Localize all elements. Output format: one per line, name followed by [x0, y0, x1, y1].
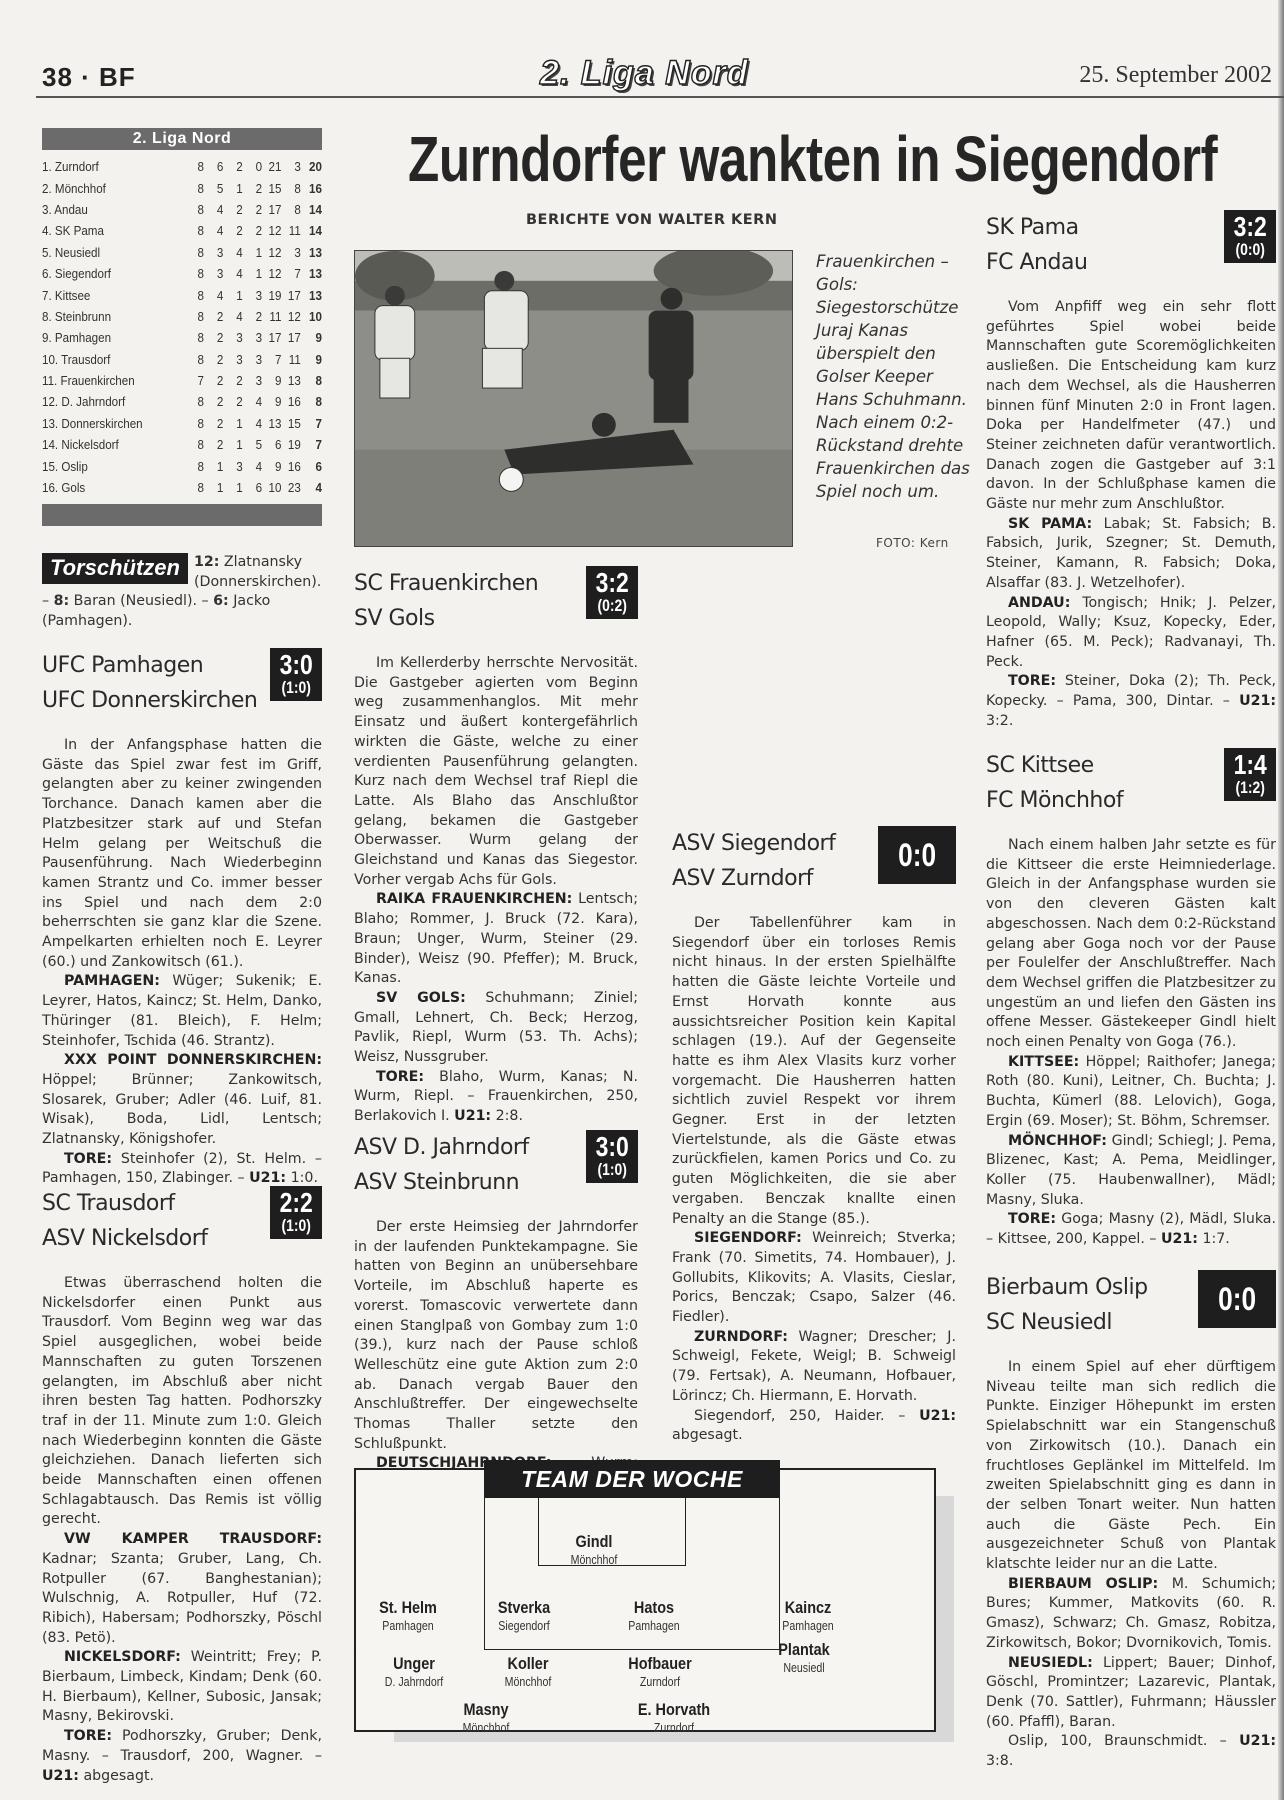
stat-tp: 13 — [262, 413, 281, 434]
u21-label: U21: — [249, 1170, 286, 1186]
away-lineup-players: Höppel; Brünner; Zankowitsch, Slosarek, … — [42, 1072, 322, 1147]
stat-n: 6 — [243, 477, 262, 498]
stat-sp: 8 — [185, 391, 204, 412]
goals-line: Oslip, 100, Braunschmidt. – U21: 3:8. — [986, 1732, 1276, 1771]
stat-tm: 15 — [281, 413, 300, 434]
team-of-week-player: KollerMönchhof — [468, 1654, 588, 1690]
stat-pts: 7 — [301, 434, 322, 455]
home-lineup-label: RAIKA FRAUENKIRCHEN: — [376, 891, 572, 907]
goals-line: Siegendorf, 250, Haider. – U21: abgesagt… — [672, 1407, 956, 1446]
stat-tp: 21 — [262, 156, 281, 177]
standings-row: 11. Frauenkirchen72239138 — [42, 370, 322, 391]
stat-tm: 16 — [281, 391, 300, 412]
standings-footer-bar — [42, 504, 322, 526]
team-name: 6. Siegendorf — [42, 263, 185, 284]
standings-row: 4. SK Pama8422121114 — [42, 220, 322, 241]
home-lineup-label: SK PAMA: — [1008, 516, 1092, 532]
stat-sp: 8 — [185, 177, 204, 198]
halftime-score: (1:0) — [279, 1217, 312, 1235]
standings-row: 3. Andau842217814 — [42, 199, 322, 220]
standings-row: 12. D. Jahrndorf82249168 — [42, 391, 322, 412]
stat-n: 3 — [243, 349, 262, 370]
stat-s: 2 — [204, 370, 223, 391]
away-lineup: XXX POINT DONNERSKIRCHEN: Höppel; Brünne… — [42, 1051, 322, 1150]
score-box: 3:0 (1:0) — [270, 648, 322, 701]
stat-tp: 9 — [262, 370, 281, 391]
match-summary: Vom Anpfiff weg ein sehr flott geführtes… — [986, 298, 1276, 515]
player-name: Koller — [477, 1654, 579, 1674]
stat-tp: 17 — [262, 327, 281, 348]
home-lineup: SIEGENDORF: Weinreich; Stverka; Frank (7… — [672, 1229, 956, 1328]
standings-row: 8. Steinbrunn8242111210 — [42, 306, 322, 327]
final-score: 3:0 — [279, 651, 312, 679]
newspaper-page: 38 · BF 2. Liga Nord 25. September 2002 … — [0, 0, 1284, 1800]
stat-sp: 8 — [185, 156, 204, 177]
standings-row: 16. Gols811610234 — [42, 477, 322, 498]
match-summary: Im Kellerderby herrschte Nervosität. Die… — [354, 654, 638, 890]
player-club: Siegendorf — [473, 1618, 575, 1634]
match-report: Bierbaum Oslip SC Neusiedl 0:0 In einem … — [986, 1270, 1276, 1772]
stat-sp: 8 — [185, 242, 204, 263]
team-name: 15. Oslip — [42, 455, 185, 476]
team-of-week-player: E. HorvathZurndorf — [614, 1700, 734, 1736]
stat-sp: 8 — [185, 284, 204, 305]
stat-tm: 16 — [281, 455, 300, 476]
stat-u: 2 — [223, 199, 242, 220]
stat-tp: 15 — [262, 177, 281, 198]
stat-s: 1 — [204, 455, 223, 476]
photo-credit: FOTO: Kern — [876, 536, 949, 550]
match-header: SC Kittsee FC Mönchhof 1:4 (1:2) — [986, 748, 1276, 822]
stat-tp: 9 — [262, 455, 281, 476]
stat-s: 4 — [204, 220, 223, 241]
stat-tm: 3 — [281, 242, 300, 263]
score-box: 3:0 (1:0) — [586, 1130, 638, 1183]
final-score: 3:0 — [595, 1133, 628, 1161]
stat-pts: 16 — [301, 177, 322, 198]
player-club: D. Jahrndorf — [363, 1674, 465, 1690]
scorer-goals: 8: — [54, 593, 70, 609]
team-name: 4. SK Pama — [42, 220, 185, 241]
stat-tp: 19 — [262, 284, 281, 305]
home-lineup: VW KAMPER TRAUSDORF: Kadnar; Szanta; Gru… — [42, 1530, 322, 1648]
team-name: 14. Nickelsdorf — [42, 434, 185, 455]
player-club: Mönchhof — [543, 1552, 645, 1568]
stat-u: 3 — [223, 455, 242, 476]
away-lineup: ZURNDORF: Wagner; Drescher; J. Schweigl,… — [672, 1328, 956, 1407]
photo-caption: Frauenkirchen – Gols: Siegestorschütze J… — [816, 250, 976, 503]
stat-s: 2 — [204, 391, 223, 412]
stat-s: 4 — [204, 199, 223, 220]
stat-n: 3 — [243, 370, 262, 391]
player-club: Mönchhof — [477, 1674, 579, 1690]
stat-tm: 11 — [281, 349, 300, 370]
match-header: ASV D. Jahrndorf ASV Steinbrunn 3:0 (1:0… — [354, 1130, 638, 1204]
football-photo-image — [355, 251, 792, 546]
goals-text: Oslip, 100, Braunschmidt. – — [1008, 1733, 1227, 1749]
team-name: 12. D. Jahrndorf — [42, 391, 185, 412]
stat-pts: 10 — [301, 306, 322, 327]
stat-tm: 17 — [281, 327, 300, 348]
away-lineup: NICKELSDORF: Weintritt; Frey; P. Bierbau… — [42, 1648, 322, 1727]
stat-sp: 8 — [185, 306, 204, 327]
stat-n: 1 — [243, 242, 262, 263]
away-lineup-label: ZURNDORF: — [694, 1329, 788, 1345]
stat-tm: 12 — [281, 306, 300, 327]
player-club: Pamhagen — [357, 1618, 459, 1634]
stat-n: 4 — [243, 391, 262, 412]
final-score: 2:2 — [279, 1189, 312, 1217]
standings-row: 2. Mönchhof851215816 — [42, 177, 322, 198]
stat-u: 1 — [223, 177, 242, 198]
stat-s: 3 — [204, 242, 223, 263]
final-score: 0:0 — [898, 836, 936, 874]
stat-s: 2 — [204, 413, 223, 434]
standings-row: 14. Nickelsdorf82156197 — [42, 434, 322, 455]
standings-title: 2. Liga Nord — [42, 128, 322, 150]
match-body: Vom Anpfiff weg ein sehr flott geführtes… — [986, 298, 1276, 731]
player-name: E. Horvath — [623, 1700, 725, 1720]
standings-row: 9. Pamhagen823317179 — [42, 327, 322, 348]
standings-row: 13. Donnerskirchen821413157 — [42, 413, 322, 434]
goals-line: TORE: Goga; Masny (2), Mädl, Sluka. – Ki… — [986, 1210, 1276, 1249]
stat-sp: 8 — [185, 413, 204, 434]
page-number: 38 · BF — [42, 62, 136, 93]
team-of-week-player: UngerD. Jahrndorf — [354, 1654, 474, 1690]
team-of-the-week: TEAM DER WOCHE GindlMönchhofSt. HelmPamh… — [354, 1468, 936, 1732]
score-box: 2:2 (1:0) — [270, 1186, 322, 1239]
match-report: SC Frauenkirchen SV Gols 3:2 (0:2) Im Ke… — [354, 566, 638, 1127]
away-lineup: ANDAU: Tongisch; Hnik; J. Pelzer, Leopol… — [986, 594, 1276, 673]
match-report: ASV Siegendorf ASV Zurndorf 0:0 Der Tabe… — [672, 826, 956, 1446]
stat-tm: 8 — [281, 177, 300, 198]
team-name: 9. Pamhagen — [42, 327, 185, 348]
match-body: Nach einem halben Jahr setzte es für die… — [986, 836, 1276, 1250]
team-name: 13. Donnerskirchen — [42, 413, 185, 434]
stat-n: 5 — [243, 434, 262, 455]
top-scorers-label: Torschützen — [42, 553, 188, 584]
standings-row: 15. Oslip81349166 — [42, 455, 322, 476]
scorer-name: Baran (Neusiedl). – — [69, 593, 213, 609]
home-lineup-label: SIEGENDORF: — [694, 1230, 802, 1246]
stat-n: 1 — [243, 263, 262, 284]
halftime-score: (1:0) — [595, 1161, 628, 1179]
stat-u: 2 — [223, 370, 242, 391]
away-lineup-label: ANDAU: — [1008, 595, 1070, 611]
home-lineup: PAMHAGEN: Wüger; Sukenik; E. Leyrer, Hat… — [42, 972, 322, 1051]
page-edge — [1278, 0, 1284, 1800]
section-title: 2. Liga Nord — [540, 54, 748, 93]
team-of-week-player: St. HelmPamhagen — [348, 1598, 468, 1634]
halftime-score: (0:0) — [1233, 241, 1266, 259]
away-lineup: NEUSIEDL: Lippert; Bauer; Dinhof, Göschl… — [986, 1654, 1276, 1733]
halftime-score: (0:2) — [595, 597, 628, 615]
goals-line: TORE: Steiner, Doka (2); Th. Peck, Kopec… — [986, 672, 1276, 731]
goals-label: TORE: — [1008, 673, 1056, 689]
u21-label: U21: — [454, 1108, 491, 1124]
team-name: 8. Steinbrunn — [42, 306, 185, 327]
stat-sp: 8 — [185, 199, 204, 220]
team-of-week-player: KainczPamhagen — [748, 1598, 868, 1634]
stat-tm: 13 — [281, 370, 300, 391]
stat-sp: 8 — [185, 434, 204, 455]
stat-pts: 4 — [301, 477, 322, 498]
stat-tp: 7 — [262, 349, 281, 370]
u21-result: abgesagt. — [83, 1768, 154, 1784]
stat-sp: 8 — [185, 263, 204, 284]
match-header: UFC Pamhagen UFC Donnerskirchen 3:0 (1:0… — [42, 648, 322, 722]
player-name: Kaincz — [757, 1598, 859, 1618]
stat-tp: 6 — [262, 434, 281, 455]
stat-tp: 12 — [262, 220, 281, 241]
stat-pts: 13 — [301, 242, 322, 263]
home-lineup: BIERBAUM OSLIP: M. Schumich; Bures; Kumm… — [986, 1575, 1276, 1654]
player-name: Gindl — [543, 1532, 645, 1552]
home-lineup-label: BIERBAUM OSLIP: — [1008, 1576, 1158, 1592]
score-box: 3:2 (0:2) — [586, 566, 638, 619]
standings-table: 2. Liga Nord 1. Zurndorf8620213202. Mönc… — [42, 128, 322, 526]
team-of-week-player: PlantakNeusiedl — [744, 1640, 864, 1676]
goals-line: TORE: Podhorszky, Gruber; Denk, Masny. –… — [42, 1727, 322, 1786]
home-lineup-label: PAMHAGEN: — [64, 973, 160, 989]
standings-row: 1. Zurndorf862021320 — [42, 156, 322, 177]
team-of-week-player: StverkaSiegendorf — [464, 1598, 584, 1634]
stat-tm: 23 — [281, 477, 300, 498]
home-lineup: RAIKA FRAUENKIRCHEN: Lentsch; Blaho; Rom… — [354, 890, 638, 989]
stat-u: 4 — [223, 263, 242, 284]
match-report: SC Trausdorf ASV Nickelsdorf 2:2 (1:0) E… — [42, 1186, 322, 1786]
final-score: 0:0 — [1218, 1280, 1256, 1318]
u21-result: 3:8. — [986, 1753, 1013, 1769]
player-name: Hofbauer — [609, 1654, 711, 1674]
home-lineup-label: VW KAMPER TRAUSDORF: — [64, 1531, 322, 1547]
stat-n: 2 — [243, 306, 262, 327]
team-name: 3. Andau — [42, 199, 185, 220]
match-header: SC Frauenkirchen SV Gols 3:2 (0:2) — [354, 566, 638, 640]
stat-tp: 12 — [262, 242, 281, 263]
stat-u: 2 — [223, 220, 242, 241]
away-lineup-label: NICKELSDORF: — [64, 1649, 181, 1665]
match-header: SK Pama FC Andau 3:2 (0:0) — [986, 210, 1276, 284]
match-summary: In einem Spiel auf eher dürftigem Niveau… — [986, 1358, 1276, 1575]
stat-n: 2 — [243, 220, 262, 241]
stat-pts: 9 — [301, 349, 322, 370]
away-lineup-label: SV GOLS: — [376, 990, 466, 1006]
team-name: 11. Frauenkirchen — [42, 370, 185, 391]
away-lineup: MÖNCHHOF: Gindl; Schiegl; J. Pema, Blize… — [986, 1132, 1276, 1211]
stat-u: 4 — [223, 306, 242, 327]
stat-u: 4 — [223, 242, 242, 263]
stat-tm: 17 — [281, 284, 300, 305]
match-summary: Etwas überraschend holten die Nickelsdor… — [42, 1274, 322, 1530]
stat-s: 2 — [204, 349, 223, 370]
stat-u: 1 — [223, 284, 242, 305]
match-header: ASV Siegendorf ASV Zurndorf 0:0 — [672, 826, 956, 900]
player-club: Mönchhof — [435, 1720, 537, 1736]
u21-result: 1:7. — [1202, 1231, 1229, 1247]
stat-pts: 8 — [301, 370, 322, 391]
halftime-score: (1:0) — [279, 679, 312, 697]
stat-pts: 6 — [301, 455, 322, 476]
score-box: 3:2 (0:0) — [1224, 210, 1276, 263]
stat-pts: 13 — [301, 284, 322, 305]
u21-label: U21: — [1239, 1733, 1276, 1749]
away-lineup-label: NEUSIEDL: — [1008, 1655, 1093, 1671]
match-body: In der Anfangsphase hatten die Gäste das… — [42, 736, 322, 1189]
stat-tp: 17 — [262, 199, 281, 220]
stat-s: 6 — [204, 156, 223, 177]
u21-label: U21: — [1161, 1231, 1198, 1247]
match-summary: Der erste Heimsieg der Jahrndorfer in de… — [354, 1218, 638, 1454]
u21-result: 3:2. — [986, 713, 1013, 729]
player-club: Pamhagen — [757, 1618, 859, 1634]
stat-s: 2 — [204, 306, 223, 327]
stat-s: 5 — [204, 177, 223, 198]
stat-u: 3 — [223, 349, 242, 370]
match-report: UFC Pamhagen UFC Donnerskirchen 3:0 (1:0… — [42, 648, 322, 1189]
match-summary: Der Tabellenführer kam in Siegendorf übe… — [672, 914, 956, 1229]
final-score: 3:2 — [1233, 213, 1266, 241]
stat-u: 2 — [223, 156, 242, 177]
stat-sp: 8 — [185, 327, 204, 348]
player-club: Zurndorf — [609, 1674, 711, 1690]
issue-date: 25. September 2002 — [1079, 62, 1272, 89]
header-rule — [36, 96, 1284, 98]
player-club: Zurndorf — [623, 1720, 725, 1736]
standings-row: 7. Kittsee8413191713 — [42, 284, 322, 305]
match-header: SC Trausdorf ASV Nickelsdorf 2:2 (1:0) — [42, 1186, 322, 1260]
article-byline: BERICHTE VON WALTER KERN — [526, 212, 777, 228]
home-lineup: KITTSEE: Höppel; Raithofer; Janega; Roth… — [986, 1053, 1276, 1132]
u21-result: 1:0. — [291, 1170, 318, 1186]
team-of-week-player: GindlMönchhof — [534, 1532, 654, 1568]
team-name: 7. Kittsee — [42, 284, 185, 305]
standings-row: 5. Neusiedl834112313 — [42, 242, 322, 263]
u21-label: U21: — [919, 1408, 956, 1424]
match-photo — [354, 250, 793, 547]
goals-label: TORE: — [64, 1151, 112, 1167]
article-headline: Zurndorfer wankten in Siegendorf — [408, 122, 1217, 196]
match-body: Etwas überraschend holten die Nickelsdor… — [42, 1274, 322, 1786]
stat-u: 1 — [223, 434, 242, 455]
stat-pts: 14 — [301, 220, 322, 241]
stat-tp: 9 — [262, 391, 281, 412]
team-of-week-player: HatosPamhagen — [594, 1598, 714, 1634]
standings-grid: 1. Zurndorf8620213202. Mönchhof851215816… — [42, 156, 322, 498]
player-name: St. Helm — [357, 1598, 459, 1618]
stat-sp: 8 — [185, 220, 204, 241]
player-name: Plantak — [753, 1640, 855, 1660]
match-header: Bierbaum Oslip SC Neusiedl 0:0 — [986, 1270, 1276, 1344]
match-body: Der Tabellenführer kam in Siegendorf übe… — [672, 914, 956, 1446]
stat-s: 3 — [204, 263, 223, 284]
u21-result: abgesagt. — [672, 1427, 743, 1443]
goals-label: TORE: — [1008, 1211, 1056, 1227]
player-name: Masny — [435, 1700, 537, 1720]
stat-n: 4 — [243, 413, 262, 434]
final-score: 1:4 — [1233, 751, 1266, 779]
score-box: 0:0 — [1198, 1270, 1276, 1328]
stat-u: 1 — [223, 413, 242, 434]
stat-sp: 8 — [185, 455, 204, 476]
goals-line: TORE: Steinhofer (2), St. Helm. – Pamhag… — [42, 1150, 322, 1189]
final-score: 3:2 — [595, 569, 628, 597]
match-report: SK Pama FC Andau 3:2 (0:0) Vom Anpfiff w… — [986, 210, 1276, 731]
team-name: 16. Gols — [42, 477, 185, 498]
away-lineup-label: MÖNCHHOF: — [1008, 1133, 1107, 1149]
team-name: 5. Neusiedl — [42, 242, 185, 263]
stat-s: 2 — [204, 327, 223, 348]
halftime-score: (1:2) — [1233, 779, 1266, 797]
stat-tm: 7 — [281, 263, 300, 284]
player-club: Neusiedl — [753, 1660, 855, 1676]
goals-text: Siegendorf, 250, Haider. – — [694, 1408, 905, 1424]
away-lineup-label: XXX POINT DONNERSKIRCHEN: — [64, 1052, 322, 1068]
team-name: 10. Trausdorf — [42, 349, 185, 370]
score-box: 1:4 (1:2) — [1224, 748, 1276, 801]
stat-n: 3 — [243, 284, 262, 305]
standings-row: 6. Siegendorf834112713 — [42, 263, 322, 284]
u21-label: U21: — [1239, 693, 1276, 709]
stat-tm: 3 — [281, 156, 300, 177]
stat-tp: 11 — [262, 306, 281, 327]
goals-label: TORE: — [376, 1069, 424, 1085]
stat-u: 1 — [223, 477, 242, 498]
stat-sp: 7 — [185, 370, 204, 391]
home-lineup-label: KITTSEE: — [1008, 1054, 1079, 1070]
stat-tm: 8 — [281, 199, 300, 220]
stat-n: 3 — [243, 327, 262, 348]
goals-line: TORE: Blaho, Wurm, Kanas; N. Wurm, Riepl… — [354, 1068, 638, 1127]
stat-tp: 12 — [262, 263, 281, 284]
away-lineup: SV GOLS: Schuhmann; Ziniel; Gmall, Lehne… — [354, 989, 638, 1068]
goals-label: TORE: — [64, 1728, 112, 1744]
stat-tm: 11 — [281, 220, 300, 241]
player-name: Stverka — [473, 1598, 575, 1618]
stat-n: 2 — [243, 199, 262, 220]
stat-sp: 8 — [185, 477, 204, 498]
player-club: Pamhagen — [603, 1618, 705, 1634]
top-scorers: Torschützen 12: Zlatnansky (Donnerskirch… — [42, 553, 322, 631]
match-summary: In der Anfangsphase hatten die Gäste das… — [42, 736, 322, 972]
team-name: 2. Mönchhof — [42, 177, 185, 198]
stat-u: 3 — [223, 327, 242, 348]
match-body: In einem Spiel auf eher dürftigem Niveau… — [986, 1358, 1276, 1772]
stat-n: 2 — [243, 177, 262, 198]
match-body: Im Kellerderby herrschte Nervosität. Die… — [354, 654, 638, 1127]
stat-s: 4 — [204, 284, 223, 305]
standings-row: 10. Trausdorf82337119 — [42, 349, 322, 370]
stat-pts: 9 — [301, 327, 322, 348]
scorer-goals: 6: — [213, 593, 229, 609]
match-report: SC Kittsee FC Mönchhof 1:4 (1:2) Nach ei… — [986, 748, 1276, 1250]
stat-tp: 10 — [262, 477, 281, 498]
home-lineup-players: Kadnar; Szanta; Gruber, Lang, Ch. Rotpul… — [42, 1551, 322, 1646]
stat-pts: 7 — [301, 413, 322, 434]
stat-n: 4 — [243, 455, 262, 476]
stat-pts: 14 — [301, 199, 322, 220]
player-name: Unger — [363, 1654, 465, 1674]
u21-label: U21: — [42, 1768, 79, 1784]
stat-s: 2 — [204, 434, 223, 455]
team-of-week-title: TEAM DER WOCHE — [484, 1460, 780, 1498]
stat-s: 1 — [204, 477, 223, 498]
scorer-goals: 12: — [194, 554, 219, 570]
stat-pts: 13 — [301, 263, 322, 284]
team-of-week-player: MasnyMönchhof — [426, 1700, 546, 1736]
team-name: 1. Zurndorf — [42, 156, 185, 177]
score-box: 0:0 — [878, 826, 956, 884]
